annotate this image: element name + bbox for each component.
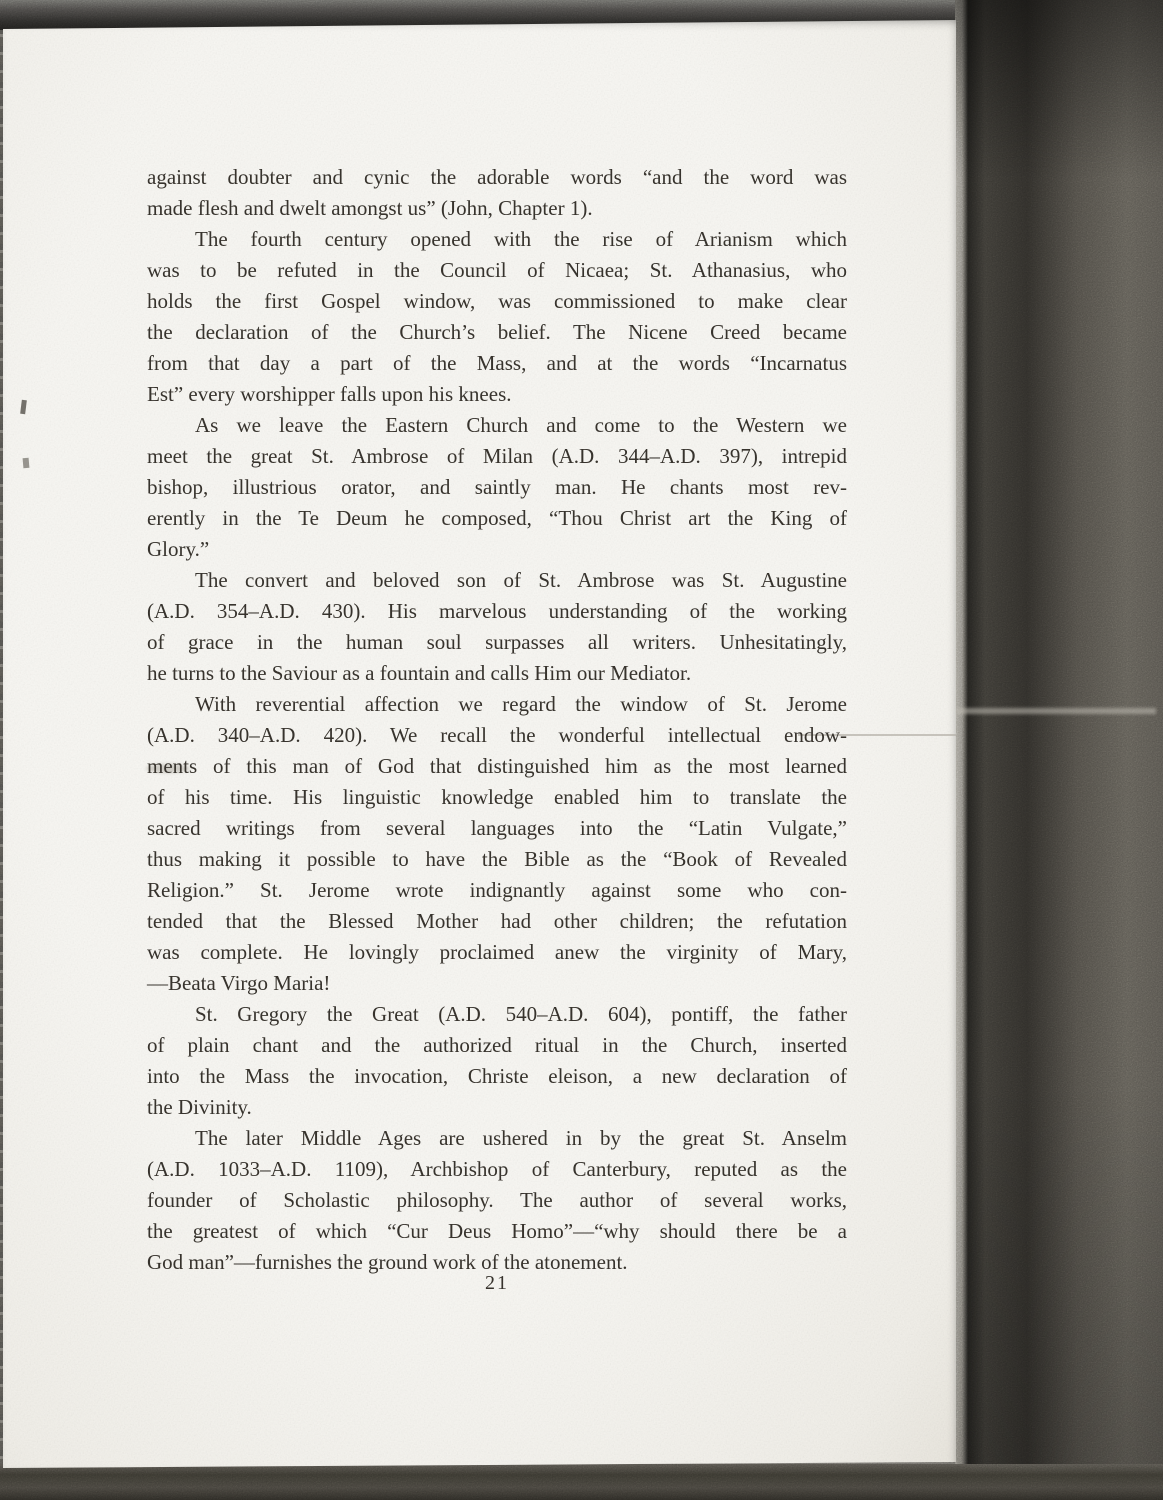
text-line: —Beata Virgo Maria! (147, 968, 847, 999)
text-line: sacred writings from several languages i… (147, 813, 847, 844)
book-page-paper: against doubter and cynic the adorable w… (3, 20, 956, 1468)
text-line: The fourth century opened with the rise … (147, 224, 847, 255)
text-line: The convert and beloved son of St. Ambro… (147, 565, 847, 596)
paragraph: against doubter and cynic the adorable w… (147, 162, 847, 224)
text-line: he turns to the Saviour as a fountain an… (147, 658, 847, 689)
text-line: was complete. He lovingly proclaimed ane… (147, 937, 847, 968)
text-line: of grace in the human soul surpasses all… (147, 627, 847, 658)
text-line: made flesh and dwelt amongst us” (John, … (147, 193, 847, 224)
paragraph: St. Gregory the Great (A.D. 540–A.D. 604… (147, 999, 847, 1123)
text-line: thus making it possible to have the Bibl… (147, 844, 847, 875)
text-line: against doubter and cynic the adorable w… (147, 162, 847, 193)
text-line: The later Middle Ages are ushered in by … (147, 1123, 847, 1154)
page-number: 21 (147, 1272, 847, 1295)
text-line: erently in the Te Deum he composed, “Tho… (147, 503, 847, 534)
text-line: from that day a part of the Mass, and at… (147, 348, 847, 379)
text-line: bishop, illustrious orator, and saintly … (147, 472, 847, 503)
text-line: ments of this man of God that distinguis… (147, 751, 847, 782)
text-line: (A.D. 340–A.D. 420). We recall the wonde… (147, 720, 847, 751)
paragraph: As we leave the Eastern Church and come … (147, 410, 847, 565)
scan-scratch-streak (956, 708, 1156, 714)
paragraph: The fourth century opened with the rise … (147, 224, 847, 410)
margin-ink-speck (23, 458, 30, 468)
text-line: With reverential affection we regard the… (147, 689, 847, 720)
scan-border-bottom (0, 1464, 1163, 1500)
text-line: As we leave the Eastern Church and come … (147, 410, 847, 441)
text-line: of his time. His linguistic knowledge en… (147, 782, 847, 813)
text-line: St. Gregory the Great (A.D. 540–A.D. 604… (147, 999, 847, 1030)
text-block: against doubter and cynic the adorable w… (147, 162, 847, 1278)
text-line: Est” every worshipper falls upon his kne… (147, 379, 847, 410)
text-line: Religion.” St. Jerome wrote indignantly … (147, 875, 847, 906)
margin-ink-speck (20, 400, 27, 415)
text-line: holds the first Gospel window, was commi… (147, 286, 847, 317)
text-line: (A.D. 1033–A.D. 1109), Archbishop of Can… (147, 1154, 847, 1185)
paragraph: The later Middle Ages are ushered in by … (147, 1123, 847, 1278)
text-line: the greatest of which “Cur Deus Homo”—“w… (147, 1216, 847, 1247)
text-line: tended that the Blessed Mother had other… (147, 906, 847, 937)
text-line: meet the great St. Ambrose of Milan (A.D… (147, 441, 847, 472)
text-line: Glory.” (147, 534, 847, 565)
text-line: was to be refuted in the Council of Nica… (147, 255, 847, 286)
paragraph: With reverential affection we regard the… (147, 689, 847, 999)
text-line: the declaration of the Church’s belief. … (147, 317, 847, 348)
scan-border-right (955, 0, 1163, 1500)
scanned-book-page: against doubter and cynic the adorable w… (0, 0, 1163, 1500)
text-line: of plain chant and the authorized ritual… (147, 1030, 847, 1061)
text-line: into the Mass the invocation, Christe el… (147, 1061, 847, 1092)
scan-left-edge-speckle (0, 28, 3, 1464)
paragraph: The convert and beloved son of St. Ambro… (147, 565, 847, 689)
text-line: the Divinity. (147, 1092, 847, 1123)
text-line: (A.D. 354–A.D. 430). His marvelous under… (147, 596, 847, 627)
text-line: founder of Scholastic philosophy. The au… (147, 1185, 847, 1216)
